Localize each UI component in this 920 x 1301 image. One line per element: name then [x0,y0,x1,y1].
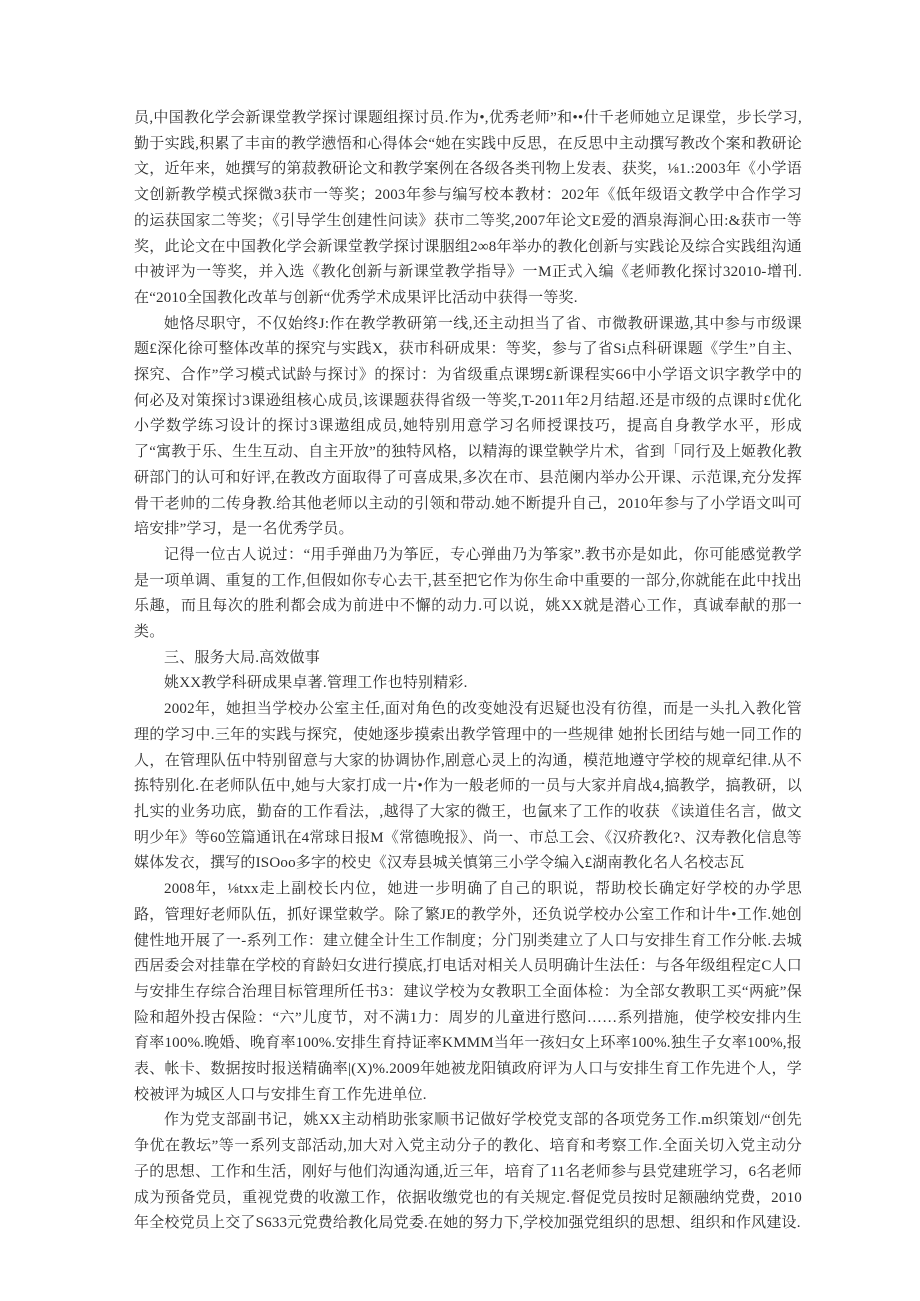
paragraph: 员,中国教化学会新课堂教学探讨课题组探讨员.作为•,优秀老师”和••什千老师她立… [134,106,802,312]
paragraph: 记得一位古人说过：“用手弹曲乃为筝匠，专心弹曲乃为筝家”.教书亦是如此，你可能感… [134,543,802,646]
paragraph: 她恪尽职守，不仅始终J:作在教学教研第一线,还主动担当了省、市微教研课遨,其中参… [134,312,802,543]
document-page: 员,中国教化学会新课堂教学探讨课题组探讨员.作为•,优秀老师”和••什千老师她立… [0,0,920,1301]
paragraph: 姚XX教学科研成果卓著.管理工作也特别精彩. [134,671,802,697]
document-body: 员,中国教化学会新课堂教学探讨课题组探讨员.作为•,优秀老师”和••什千老师她立… [134,106,802,1237]
paragraph: 2008年，⅛txx走上副校长内位，她进一步明确了自己的职说，帮助校长确定好学校… [134,877,802,1108]
section-heading: 三、服务大局.高效做事 [134,646,802,672]
paragraph: 2002年，她担当学校办公室主任,面对角色的改变她没有迟疑也没有彷徨，而是一头扎… [134,697,802,877]
paragraph: 作为党支部副书记，姚XX主动梢助张家顺书记做好学校党支部的各项党务工作.m织策划… [134,1108,802,1237]
